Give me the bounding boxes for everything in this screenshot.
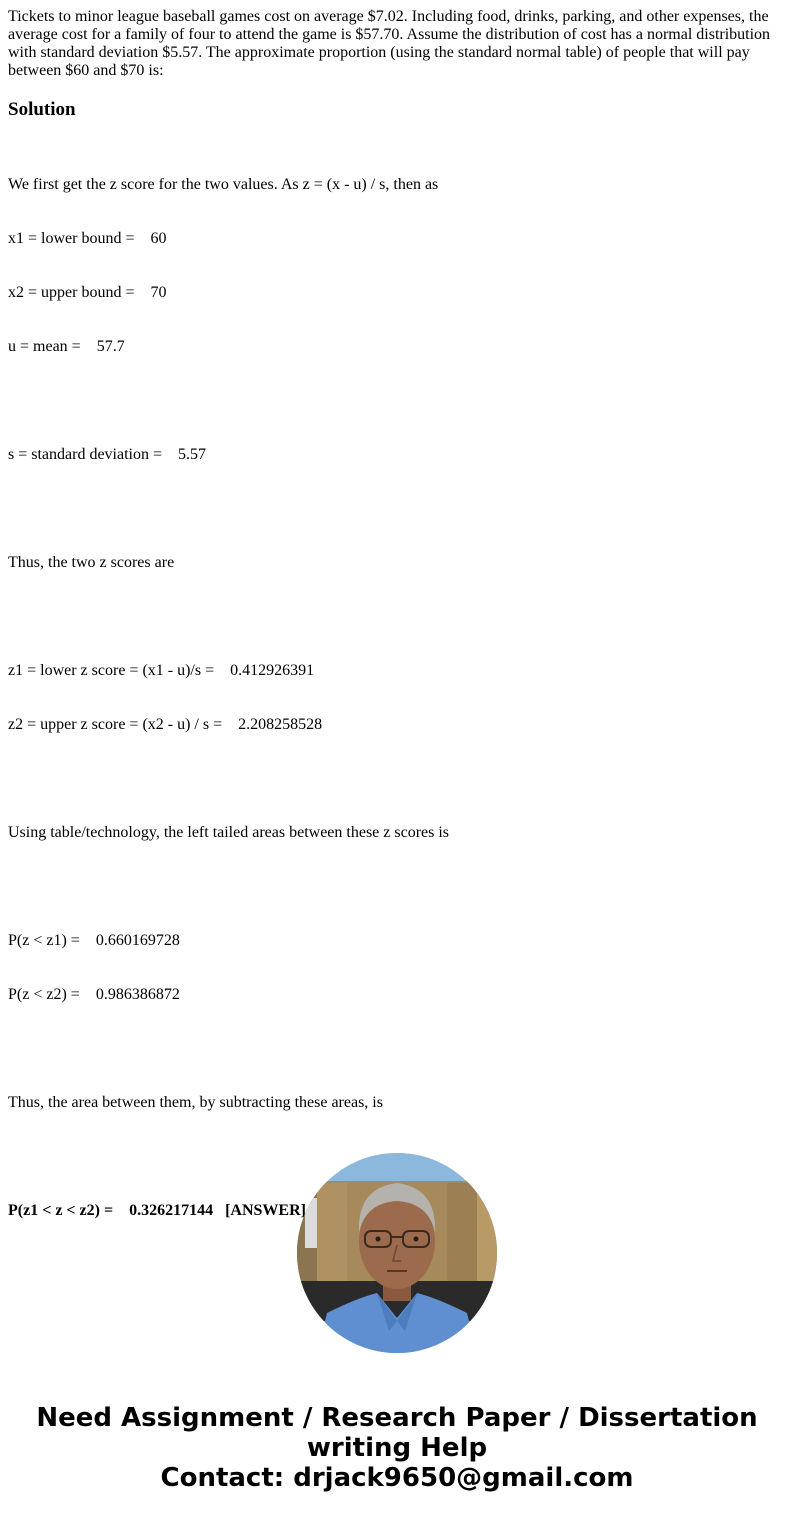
x1-value: 60 [150,230,166,247]
mean-value: 57.7 [97,338,125,355]
z2-value: 2.208258528 [238,716,322,733]
footer-line-1: Need Assignment / Research Paper / Disse… [0,1403,794,1433]
sd-row: s = standard deviation =5.57 [8,446,786,464]
mean-row: u = mean =57.7 [8,338,786,356]
subtract-intro: Thus, the area between them, by subtract… [8,1094,786,1112]
zscores-intro: Thus, the two z scores are [8,554,786,572]
solution-intro: We first get the z score for the two val… [8,176,786,194]
answer-value: 0.326217144 [129,1202,213,1219]
sd-value: 5.57 [178,446,206,463]
z2-label: z2 = upper z score = (x2 - u) / s = [8,716,222,733]
x2-row: x2 = upper bound =70 [8,284,786,302]
x1-label: x1 = lower bound = [8,230,134,247]
areas-intro: Using table/technology, the left tailed … [8,824,786,842]
solution-heading: Solution [8,99,786,121]
footer-contact-email: Contact: drjack9650@gmail.com [0,1463,794,1493]
document-content: Tickets to minor league baseball games c… [8,8,786,1256]
contact-footer: Need Assignment / Research Paper / Disse… [0,1403,794,1493]
answer-label: P(z1 < z < z2) = [8,1202,113,1219]
x2-label: x2 = upper bound = [8,284,134,301]
sd-label: s = standard deviation = [8,446,162,463]
p1-row: P(z < z1) =0.660169728 [8,932,786,950]
mean-label: u = mean = [8,338,81,355]
answer-tag: [ANSWER] [225,1202,306,1219]
solution-body: We first get the z score for the two val… [8,140,786,1256]
portrait-graphic [297,1153,497,1353]
z2-row: z2 = upper z score = (x2 - u) / s =2.208… [8,716,786,734]
tutor-portrait-icon [297,1153,497,1353]
footer-line-2: writing Help [0,1433,794,1463]
p2-row: P(z < z2) =0.986386872 [8,986,786,1004]
z1-label: z1 = lower z score = (x1 - u)/s = [8,662,214,679]
p1-label: P(z < z1) = [8,932,80,949]
p2-label: P(z < z2) = [8,986,80,1003]
x2-value: 70 [150,284,166,301]
p2-value: 0.986386872 [96,986,180,1003]
z1-value: 0.412926391 [230,662,314,679]
p1-value: 0.660169728 [96,932,180,949]
z1-row: z1 = lower z score = (x1 - u)/s =0.41292… [8,662,786,680]
x1-row: x1 = lower bound =60 [8,230,786,248]
question-text: Tickets to minor league baseball games c… [8,8,786,80]
